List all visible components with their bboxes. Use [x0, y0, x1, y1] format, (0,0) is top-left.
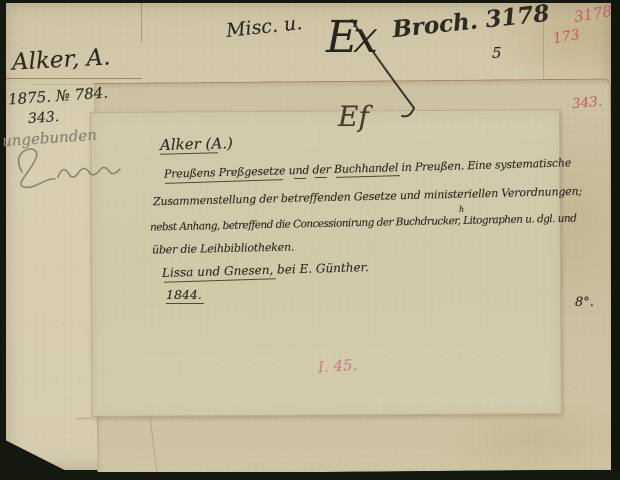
shelf-letter: Ef [338, 100, 369, 133]
card-edge-line-top [141, 2, 142, 42]
mount-border-bottom [0, 472, 620, 480]
publication-year: 1844. [166, 287, 202, 302]
insertion-mark: h [459, 205, 464, 214]
mount-border-right [611, 0, 620, 480]
mount-border-left [0, 0, 6, 480]
ex-monogram: Ex [326, 16, 373, 60]
entry-author: Alker (A.) [160, 134, 233, 154]
red-callmark: I. 45. [317, 356, 357, 377]
format-mark: 8°. [575, 295, 594, 310]
author-heading: Alker, A. [11, 44, 111, 75]
running-number: 343. [27, 109, 59, 127]
brochure-sub-number: 5 [492, 44, 502, 62]
catalog-card-scan: Misc. u. Ex Broch. 3178 5 3178 173 Alker… [0, 0, 620, 480]
author-card-edge [5, 78, 142, 79]
underline-year [166, 303, 204, 304]
underline-dash-2 [315, 177, 327, 178]
underline-dash-1 [294, 178, 306, 179]
card-red-number: 343. [571, 94, 602, 113]
